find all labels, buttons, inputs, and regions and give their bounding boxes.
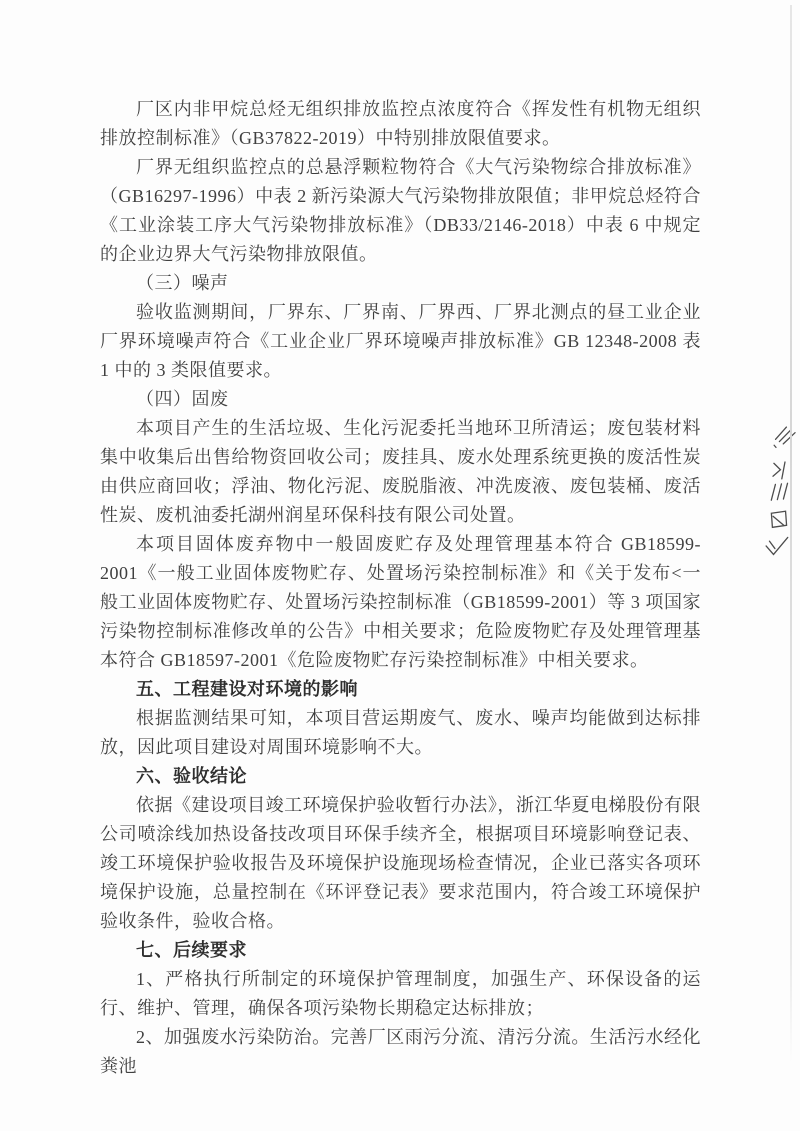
paragraph-nmhc-fugitive: 厂区内非甲烷总烃无组织排放监控点浓度符合《挥发性有机物无组织排放控制标准》（GB…	[100, 95, 701, 153]
section-heading-acceptance: 六、验收结论	[100, 762, 701, 791]
section-heading-followup: 七、后续要求	[100, 936, 701, 965]
paragraph-acceptance-conclusion: 依据《建设项目竣工环境保护验收暂行办法》，浙江华夏电梯股份有限公司喷涂线加热设备…	[100, 791, 701, 936]
document-text-block: 厂区内非甲烷总烃无组织排放监控点浓度符合《挥发性有机物无组织排放控制标准》（GB…	[100, 95, 701, 1081]
section-heading-impact: 五、工程建设对环境的影响	[100, 675, 701, 704]
paragraph-waste-storage-compliance: 本项目固体废弃物中一般固废贮存及处理管理基本符合 GB18599-2001《一般…	[100, 530, 701, 675]
paragraph-followup-item-1: 1、严格执行所制定的环境保护管理制度，加强生产、环保设备的运行、维护、管理，确保…	[100, 965, 701, 1023]
paragraph-impact-conclusion: 根据监测结果可知，本项目营运期废气、废水、噪声均能做到达标排放，因此项目建设对周…	[100, 704, 701, 762]
subsection-heading-solid-waste: （四）固废	[100, 385, 701, 414]
paragraph-followup-item-2: 2、加强废水污染防治。完善厂区雨污分流、清污分流。生活污水经化粪池	[100, 1023, 701, 1081]
document-page: 厂区内非甲烷总烃无组织排放监控点浓度符合《挥发性有机物无组织排放控制标准》（GB…	[0, 0, 800, 1131]
paragraph-boundary-fugitive: 厂界无组织监控点的总悬浮颗粒物符合《大气污染物综合排放标准》（GB16297-1…	[100, 153, 701, 269]
paragraph-solid-waste-disposal: 本项目产生的生活垃圾、生化污泥委托当地环卫所清运；废包装材料集中收集后出售给物资…	[100, 414, 701, 530]
scan-edge-line	[790, 5, 792, 1063]
paragraph-noise-result: 验收监测期间，厂界东、厂界南、厂界西、厂界北测点的昼工业企业厂界环境噪声符合《工…	[100, 298, 701, 385]
subsection-heading-noise: （三）噪声	[100, 269, 701, 298]
